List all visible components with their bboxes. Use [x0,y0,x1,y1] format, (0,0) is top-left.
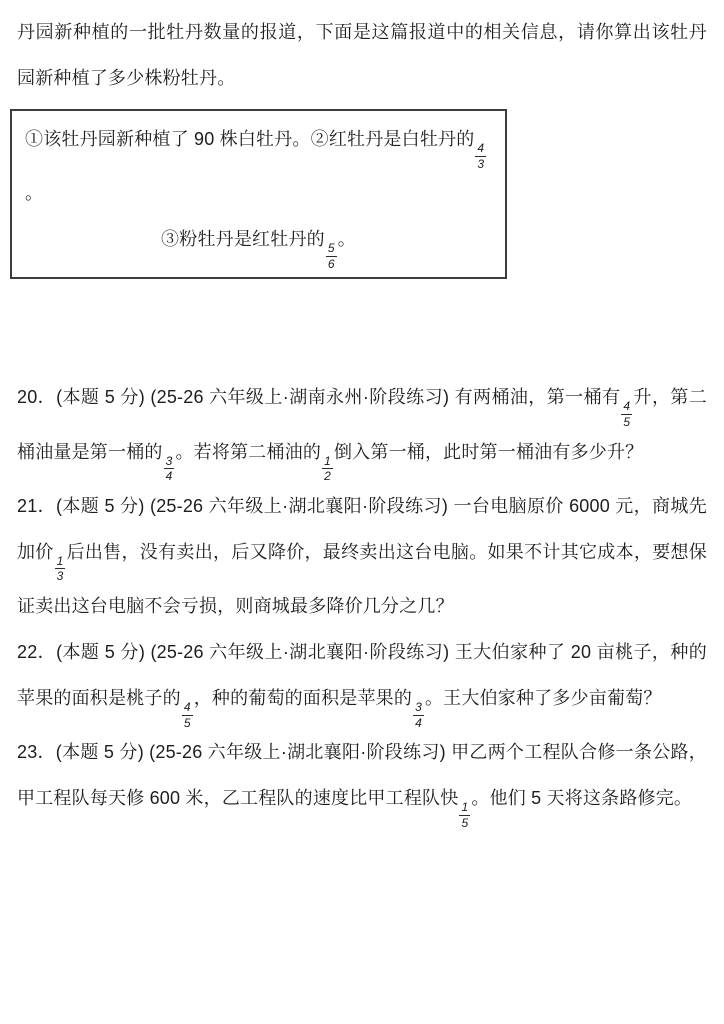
fraction: 13 [55,555,66,583]
info-box-line-1: ①该牡丹园新种植了 90 株白牡丹。②红牡丹是白牡丹的43。 [20,116,497,216]
problem-23: 23．(本题 5 分) (25-26 六年级上·湖北襄阳·阶段练习) 甲乙两个工… [17,729,707,829]
intro-paragraph: 丹园新种植的一批牡丹数量的报道，下面是这篇报道中的相关信息，请你算出该牡丹园新种… [17,9,707,101]
fraction: 43 [475,142,486,170]
info-box: ①该牡丹园新种植了 90 株白牡丹。②红牡丹是白牡丹的43。 ③粉牡丹是红牡丹的… [10,109,507,279]
problem-22: 22．(本题 5 分) (25-26 六年级上·湖北襄阳·阶段练习) 王大伯家种… [17,629,707,729]
fraction: 45 [621,400,632,428]
fraction: 45 [182,701,193,729]
problem-21: 21．(本题 5 分) (25-26 六年级上·湖北襄阳·阶段练习) 一台电脑原… [17,483,707,629]
fraction: 34 [164,455,175,483]
info-box-line-2: ③粉牡丹是红牡丹的56。 [20,216,497,270]
problem-20: 20．(本题 5 分) (25-26 六年级上·湖南永州·阶段练习) 有两桶油，… [17,374,707,482]
fraction: 12 [322,455,333,483]
fraction: 56 [326,242,337,270]
worksheet-page: 丹园新种植的一批牡丹数量的报道，下面是这篇报道中的相关信息，请你算出该牡丹园新种… [0,0,724,1024]
fraction: 15 [459,801,470,829]
fraction: 34 [413,701,424,729]
